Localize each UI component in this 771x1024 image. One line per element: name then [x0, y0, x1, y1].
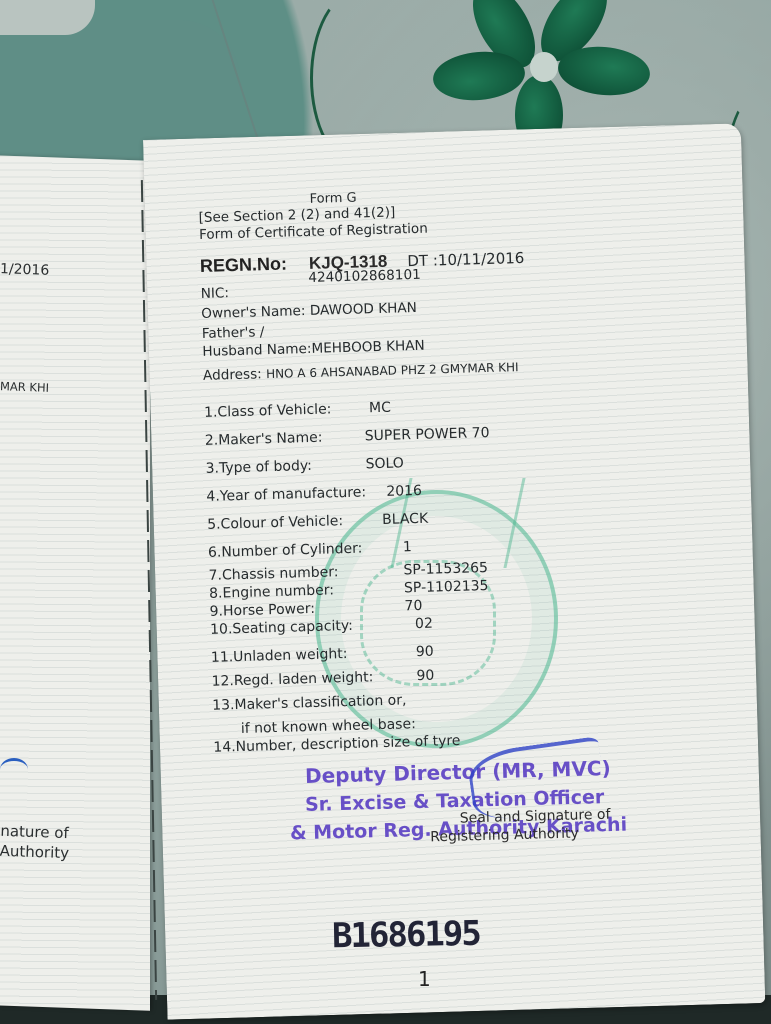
father-label: Husband Name: [202, 340, 312, 361]
owner-label: Owner's Name: [201, 300, 306, 325]
signature-mark-icon [0, 758, 28, 781]
left-caption-line2: Authority [0, 841, 69, 863]
vehicle-detail-value: SOLO [365, 455, 404, 484]
vehicle-detail-value: 1 [403, 539, 413, 562]
date-value: 10/11/2016 [438, 249, 525, 269]
vehicle-details-list: 1.Class of Vehicle:MC2.Maker's Name:SUPE… [204, 393, 634, 762]
vehicle-detail-value: BLACK [382, 511, 429, 540]
date-field: DT :10/11/2016 [407, 249, 524, 270]
left-caption-line1: nature of [0, 821, 70, 843]
page-number: 1 [418, 967, 431, 991]
owner-value: DAWOOD KHAN [310, 297, 418, 322]
left-page-signature-caption: nature of Authority [0, 821, 70, 863]
left-page [0, 155, 150, 1011]
address-value: HNO A 6 AHSANABAD PHZ 2 GMYMAR KHI [266, 356, 519, 385]
vehicle-detail-value: SP-1102135 [404, 578, 489, 598]
vehicle-detail-label: 2.Maker's Name: [205, 428, 366, 460]
vehicle-detail-value: SUPER POWER 70 [365, 425, 490, 456]
vehicle-detail-value: 02 [415, 616, 434, 644]
left-page-date-fragment: 1/2016 [0, 261, 50, 279]
vehicle-detail-value: SP-1153265 [403, 560, 488, 580]
serial-number: B1686195 [332, 914, 480, 957]
fabric-light-patch [0, 0, 95, 35]
vehicle-detail-value: 2016 [386, 483, 422, 512]
seal-caption: Seal and Signature of Registering Author… [430, 806, 612, 847]
regn-label: REGN.No: [200, 254, 288, 277]
vehicle-detail-value: 70 [404, 598, 422, 616]
vehicle-detail-value: MC [369, 400, 392, 429]
father-value: MEHBOOB KHAN [311, 337, 425, 358]
address-label: Address: [203, 363, 262, 387]
vehicle-detail-value: 90 [416, 644, 434, 668]
vehicle-detail-label: 3.Type of body: [205, 456, 366, 488]
registration-certificate: Form G [See Section 2 (2) and 41(2)] For… [198, 183, 634, 762]
vehicle-detail-value: 90 [416, 668, 434, 692]
left-page-address-fragment: MAR KHI [0, 379, 49, 395]
